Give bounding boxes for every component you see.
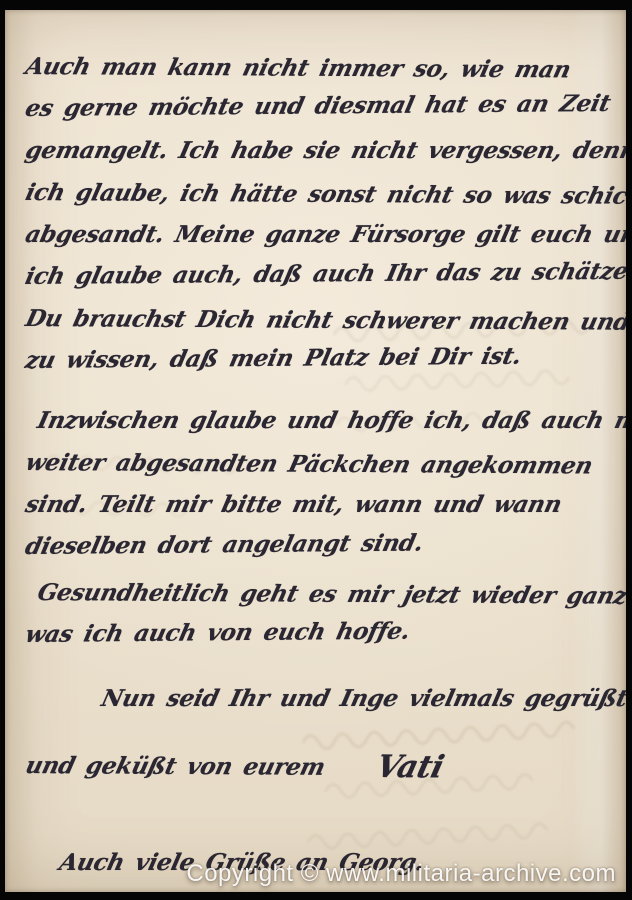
handwritten-line: sind. Teilt mir bitte mit, wann und wann	[21, 484, 620, 526]
handwritten-line-text: Inzwischen glaube und hoffe ich, daß auc…	[33, 400, 626, 442]
handwritten-line: zu wissen, daß mein Platz bei Dir ist.	[21, 340, 620, 382]
handwritten-line-text: abgesandt. Meine ganze Fürsorge gilt euc…	[21, 214, 626, 256]
handwritten-line: Gesundheitlich geht es mir jetzt wieder …	[21, 572, 620, 614]
handwritten-line-text: was ich auch von euch hoffe.	[21, 611, 414, 656]
handwritten-line-text: und geküßt von eurem	[21, 745, 329, 789]
handwritten-line-text: weiter abgesandten Päckchen angekommen	[21, 442, 597, 487]
handwritten-line: Inzwischen glaube und hoffe ich, daß auc…	[21, 400, 620, 442]
handwritten-line: Auch man kann nicht immer so, wie man	[21, 46, 620, 88]
handwritten-line-text: es gerne möchte und diesmal hat es an Ze…	[21, 83, 615, 130]
handwritten-line: was ich auch von euch hoffe.	[21, 614, 620, 656]
handwritten-line: dieselben dort angelangt sind.	[21, 526, 620, 568]
handwritten-line-text: sind. Teilt mir bitte mit, wann und wann	[21, 484, 566, 526]
closing-line: Nun seid Ihr und Inge vielmals gegrüßt	[21, 678, 620, 720]
handwritten-line: ich glaube auch, daß auch Ihr das zu sch…	[21, 256, 620, 298]
handwritten-line: gemangelt. Ich habe sie nicht vergessen,…	[21, 130, 620, 172]
handwritten-line: es gerne möchte und diesmal hat es an Ze…	[21, 88, 620, 130]
handwritten-line-text: Nun seid Ihr und Inge vielmals gegrüßt	[97, 678, 626, 720]
handwriting-block: Auch man kann nicht immer so, wie man es…	[5, 10, 626, 892]
handwritten-line: ich glaube, ich hätte sonst nicht so was…	[21, 172, 620, 214]
handwritten-line-text: ich glaube, ich hätte sonst nicht so was…	[21, 172, 626, 218]
handwritten-line: abgesandt. Meine ganze Fürsorge gilt euc…	[21, 214, 620, 256]
letter-paper: Auch man kann nicht immer so, wie man es…	[5, 10, 626, 892]
handwritten-line: Du brauchst Dich nicht schwerer machen u…	[21, 298, 620, 340]
letter-photo: Auch man kann nicht immer so, wie man es…	[0, 0, 632, 900]
handwritten-line-text: gemangelt. Ich habe sie nicht vergessen,…	[21, 130, 626, 172]
closing-line: und geküßt von euremVati	[21, 742, 620, 784]
handwritten-line-text: zu wissen, daß mein Platz bei Dir ist.	[21, 336, 526, 382]
signature: Vati	[372, 746, 448, 788]
handwritten-line: weiter abgesandten Päckchen angekommen	[21, 442, 620, 484]
handwritten-line-text: dieselben dort angelangt sind.	[21, 523, 427, 568]
copyright-watermark: Copyright © www.militaria-archive.com	[186, 860, 616, 888]
handwritten-line-text: ich glaube auch, daß auch Ihr das zu sch…	[21, 250, 626, 298]
